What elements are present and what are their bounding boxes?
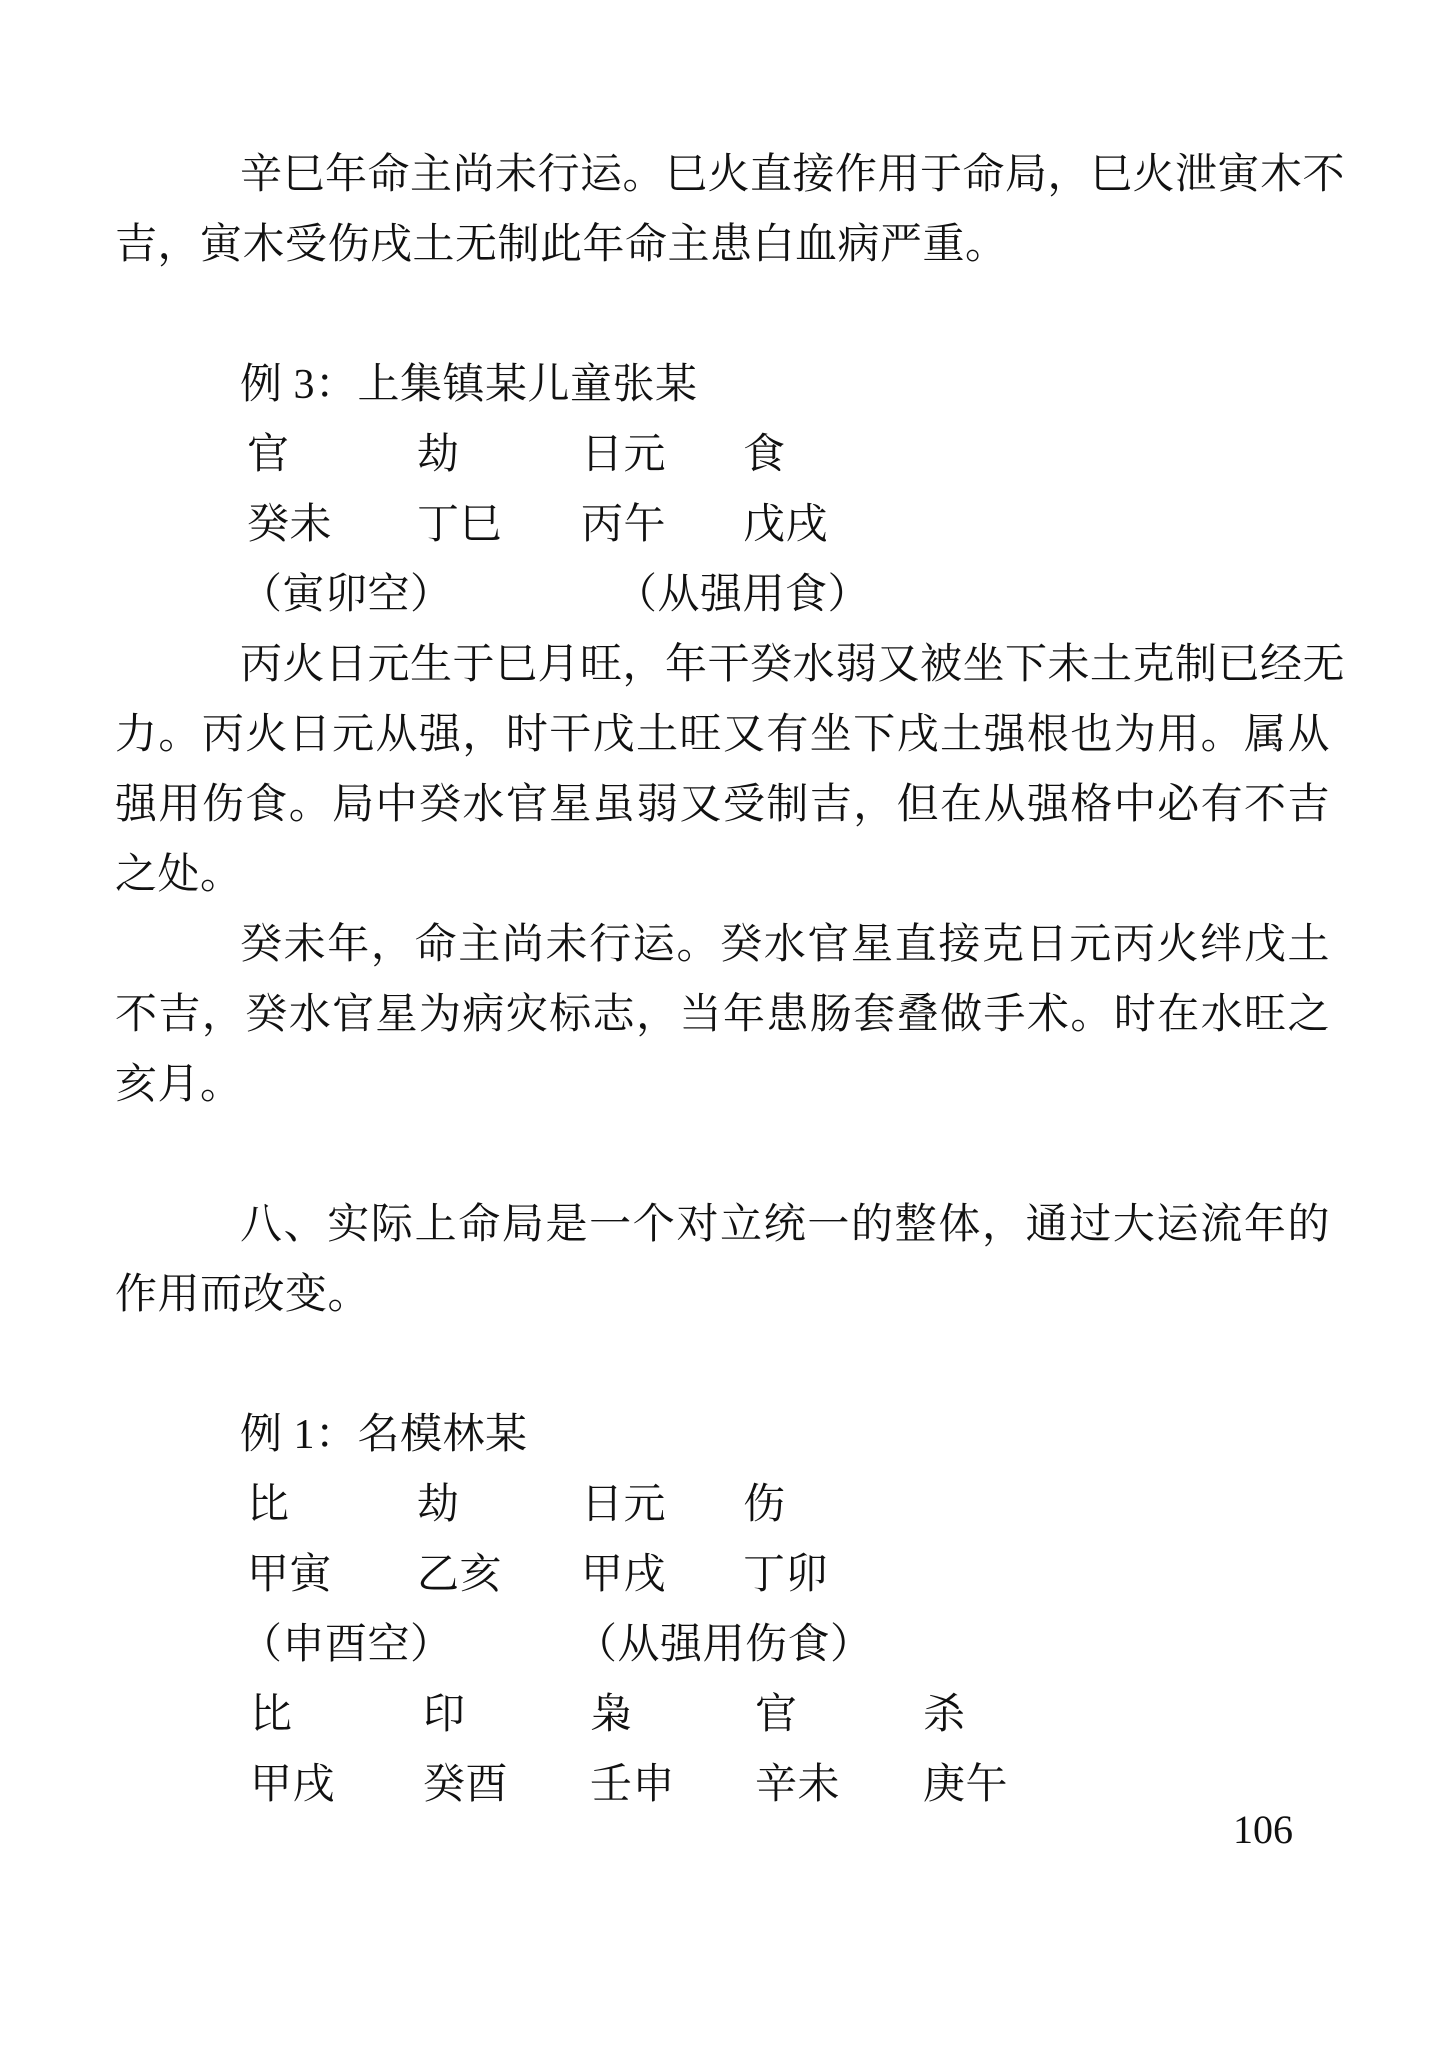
- dayun-role-row-cell: 枭: [590, 1680, 633, 1750]
- dayun-pillar-row: 甲戌癸酉壬申辛未庚午: [115, 1750, 1330, 1820]
- pillar-role-row-cell: 伤: [743, 1470, 786, 1540]
- example-3-heading: 例 3：上集镇某儿童张某: [115, 350, 1330, 420]
- paragraph-line: 癸未年，命主尚未行运。癸水官星直接克日元丙火绊戊土: [115, 910, 1330, 980]
- paragraph-line: 不吉，癸水官星为病灾标志，当年患肠套叠做手术。时在水旺之: [115, 980, 1330, 1050]
- example-1-heading: 例 1：名模林某: [115, 1400, 1330, 1470]
- void-note-row-cell: （寅卯空）: [240, 560, 453, 630]
- dayun-role-row-cell: 印: [423, 1680, 466, 1750]
- dayun-role-row-cell: 杀: [923, 1680, 966, 1750]
- pillar-row-cell: 癸未: [247, 490, 332, 560]
- paragraph-line: 亥月。: [115, 1050, 1330, 1120]
- pillar-row-cell: 丁巳: [417, 490, 502, 560]
- pillar-role-row-cell: 日元: [581, 1470, 666, 1540]
- dayun-pillar-row-cell: 癸酉: [423, 1750, 508, 1820]
- pillar-role-row-cell: 食: [743, 420, 786, 490]
- dayun-role-row: 比印枭官杀: [115, 1680, 1330, 1750]
- pillar-role-row: 官劫日元食: [115, 420, 1330, 490]
- dayun-pillar-row-cell: 甲戌: [250, 1750, 335, 1820]
- blank-line: [115, 1120, 1330, 1190]
- pillar-row: 甲寅乙亥甲戌丁卯: [115, 1540, 1330, 1610]
- blank-line: [115, 1330, 1330, 1400]
- dayun-role-row-cell: 官: [755, 1680, 798, 1750]
- pillar-role-row-cell: 劫: [417, 1470, 460, 1540]
- pillar-row-cell: 丙午: [581, 490, 666, 560]
- dayun-role-row-cell: 比: [250, 1680, 293, 1750]
- pillar-role-row-cell: 日元: [581, 420, 666, 490]
- book-page: 辛巳年命主尚未行运。巳火直接作用于命局，巳火泄寅木不吉，寅木受伤戌土无制此年命主…: [0, 0, 1446, 2048]
- paragraph-line: 丙火日元生于巳月旺，年干癸水弱又被坐下未土克制已经无: [115, 630, 1330, 700]
- paragraph-line: 吉，寅木受伤戌土无制此年命主患白血病严重。: [115, 210, 1330, 280]
- page-number: 106: [1233, 1806, 1293, 1854]
- void-note-row-cell: （从强用伤食）: [575, 1610, 873, 1680]
- paragraph-line: 力。丙火日元从强，时干戊土旺又有坐下戌土强根也为用。属从: [115, 700, 1330, 770]
- pillar-row: 癸未丁巳丙午戊戌: [115, 490, 1330, 560]
- pillar-row-cell: 甲寅: [247, 1540, 332, 1610]
- pillar-row-cell: 甲戌: [581, 1540, 666, 1610]
- dayun-pillar-row-cell: 壬申: [590, 1750, 675, 1820]
- void-note-row: （寅卯空）（从强用食）: [115, 560, 1330, 630]
- void-note-row-cell: （从强用食）: [615, 560, 870, 630]
- pillar-role-row-cell: 官: [247, 420, 290, 490]
- pillar-role-row-cell: 劫: [417, 420, 460, 490]
- pillar-role-row-cell: 比: [247, 1470, 290, 1540]
- pillar-role-row: 比劫日元伤: [115, 1470, 1330, 1540]
- void-note-row: （申酉空）（从强用伤食）: [115, 1610, 1330, 1680]
- paragraph-line: 强用伤食。局中癸水官星虽弱又受制吉，但在从强格中必有不吉: [115, 770, 1330, 840]
- dayun-pillar-row-cell: 庚午: [923, 1750, 1008, 1820]
- void-note-row-cell: （申酉空）: [240, 1610, 453, 1680]
- section-8-heading-continued: 作用而改变。: [115, 1260, 1330, 1330]
- pillar-row-cell: 丁卯: [743, 1540, 828, 1610]
- paragraph-line: 辛巳年命主尚未行运。巳火直接作用于命局，巳火泄寅木不: [115, 140, 1330, 210]
- paragraph-line: 之处。: [115, 840, 1330, 910]
- section-8-heading: 八、实际上命局是一个对立统一的整体，通过大运流年的: [115, 1190, 1330, 1260]
- dayun-pillar-row-cell: 辛未: [755, 1750, 840, 1820]
- blank-line: [115, 280, 1330, 350]
- page-content: 辛巳年命主尚未行运。巳火直接作用于命局，巳火泄寅木不吉，寅木受伤戌土无制此年命主…: [115, 140, 1330, 1820]
- pillar-row-cell: 戊戌: [743, 490, 828, 560]
- pillar-row-cell: 乙亥: [417, 1540, 502, 1610]
